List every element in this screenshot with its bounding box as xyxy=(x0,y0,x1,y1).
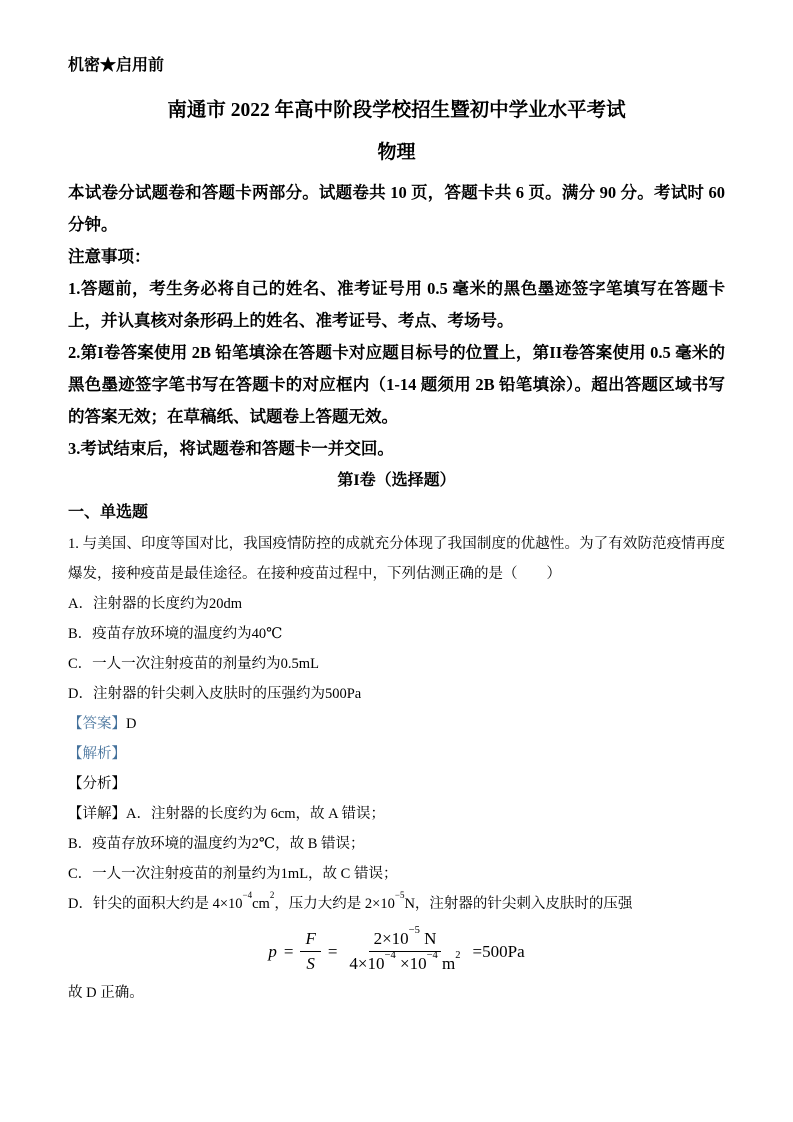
note-item-3: 3.考试结束后，将试题卷和答题卡一并交回。 xyxy=(68,433,725,465)
formula-fraction-values: 2×10−5 N 4×10−4 ×10−4 m2 xyxy=(344,929,465,974)
analysis-heading: 【分析】 xyxy=(68,769,725,799)
exam-intro: 本试卷分试题卷和答题卡两部分。试题卷共 10 页，答题卡共 6 页。满分 90 … xyxy=(68,177,725,241)
formula-denominator-s: S xyxy=(301,952,320,974)
note-item-2: 2.第I卷答案使用 2B 铅笔填涂在答题卡对应题目标号的位置上，第II卷答案使用… xyxy=(68,337,725,433)
analysis-label: 【解析】 xyxy=(68,739,725,769)
section-title: 第I卷（选择题） xyxy=(68,465,725,497)
exam-document-page: 机密★启用前 南通市 2022 年高中阶段学校招生暨初中学业水平考试 物理 本试… xyxy=(0,0,793,1122)
question-option-d: D．注射器的针尖刺入皮肤时的压强约为500Pa xyxy=(68,679,725,709)
part-heading: 一、单选题 xyxy=(68,497,725,529)
detail-line-a: 【详解】A．注射器的长度约为 6cm，故 A 错误； xyxy=(68,799,725,829)
formula-fraction-fs: F S xyxy=(300,929,320,974)
formula-numerator-f: F xyxy=(300,929,320,952)
confidential-label: 机密★启用前 xyxy=(68,56,725,76)
note-item-1: 1.答题前，考生务必将自己的姓名、准考证号用 0.5 毫米的黑色墨迹签字笔填写在… xyxy=(68,273,725,337)
answer-label: 【答案】 xyxy=(68,716,126,732)
detail-line-c: C．一人一次注射疫苗的剂量约为1mL，故 C 错误； xyxy=(68,859,725,889)
formula-denominator-value: 4×10−4 ×10−4 m2 xyxy=(344,952,465,974)
question-stem: 1. 与美国、印度等国对比，我国疫情防控的成就充分体现了我国制度的优越性。为了有… xyxy=(68,529,725,589)
answer-line: 【答案】D xyxy=(68,709,725,739)
notes-heading: 注意事项： xyxy=(68,241,725,273)
exam-title: 南通市 2022 年高中阶段学校招生暨初中学业水平考试 xyxy=(68,98,725,124)
formula-equals-2: = xyxy=(328,942,338,962)
pressure-formula: p = F S = 2×10−5 N 4×10−4 ×10−4 m2 =500P… xyxy=(268,929,524,974)
question-option-b: B．疫苗存放环境的温度约为40℃ xyxy=(68,619,725,649)
formula-numerator-value: 2×10−5 N xyxy=(369,929,442,952)
formula-result: =500Pa xyxy=(473,942,525,962)
question-option-c: C．一人一次注射疫苗的剂量约为0.5mL xyxy=(68,649,725,679)
detail-line-b: B．疫苗存放环境的温度约为2℃，故 B 错误； xyxy=(68,829,725,859)
answer-value: D xyxy=(126,716,136,732)
formula-symbol-p: p xyxy=(268,942,277,962)
formula-equals-1: = xyxy=(284,942,294,962)
conclusion-line: 故 D 正确。 xyxy=(68,978,725,1008)
pressure-formula-block: p = F S = 2×10−5 N 4×10−4 ×10−4 m2 =500P… xyxy=(68,929,725,974)
detail-line-d: D．针尖的面积大约是 4×10−4cm2，压力大约是 2×10−5N，注射器的针… xyxy=(68,889,725,919)
subject-title: 物理 xyxy=(68,140,725,166)
question-option-a: A．注射器的长度约为20dm xyxy=(68,589,725,619)
